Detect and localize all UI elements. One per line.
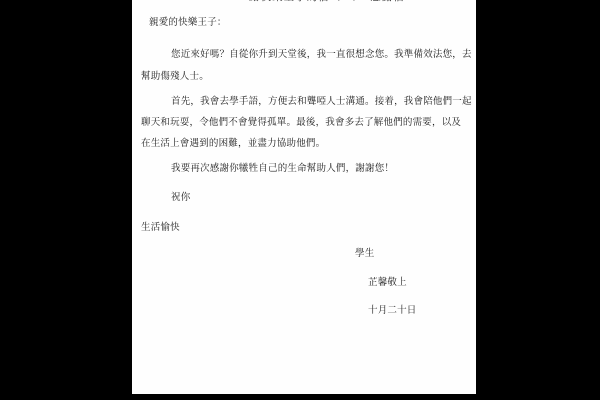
- letterbox-background: 給快樂王子的信（二）：感謝信 親愛的快樂王子： 您近來好嗎？自從你升到天堂後，我…: [0, 0, 600, 400]
- document-title-clipped: 給快樂王子的信（二）：感謝信: [155, 0, 476, 3]
- closing-wish-body: 生活愉快: [141, 219, 180, 233]
- signature-name: 芷馨敬上: [368, 274, 407, 288]
- letter-salutation: 親愛的快樂王子：: [149, 16, 227, 30]
- signature-date: 十月二十日: [368, 302, 417, 316]
- signature-role: 學生: [355, 245, 374, 259]
- closing-wish-lead: 祝你: [141, 189, 341, 203]
- letter-paragraph-2: 首先，我會去學手語，方便去和聾啞人士溝通。接着，我會陪他們一起 聊天和玩耍，令他…: [141, 92, 476, 155]
- letter-paragraph-3: 我要再次感謝你犧牲自己的生命幫助人們，謝謝您！: [141, 159, 476, 180]
- letter-paragraph-1: 您近來好嗎？自從你升到天堂後，我一直很想念您。我準備效法您，去 幫助傷殘人士。: [141, 44, 476, 88]
- letter-page: 給快樂王子的信（二）：感謝信 親愛的快樂王子： 您近來好嗎？自從你升到天堂後，我…: [132, 0, 476, 394]
